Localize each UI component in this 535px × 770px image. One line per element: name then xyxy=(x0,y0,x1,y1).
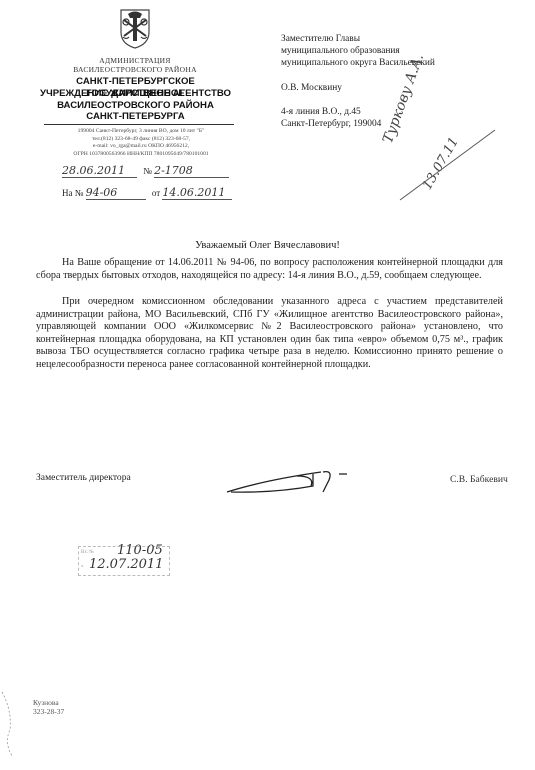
greeting: Уважаемый Олег Вячеславович! xyxy=(0,240,535,251)
reference-number: 94-06 xyxy=(86,186,146,200)
signer-name: С.В. Бабкевич xyxy=(450,474,508,485)
executor-name: Кузнова xyxy=(33,698,64,707)
registration-line-reference: На № 94-06 от 14.06.2011 xyxy=(62,186,242,200)
contact-registry: ОГРН 1037800563966 ИНН/КПП 7801095649/78… xyxy=(56,151,226,159)
contact-phone: тел.(812) 323-68-49 факс (812) 323-68-57… xyxy=(56,136,226,144)
org-name-line-2: УЧРЕЖДЕНИЕ ЖИЛИЩНОЕ АГЕНТСТВО xyxy=(28,88,243,100)
contacts-block: 199004 Санкт-Петербург, 3 линия ВО, дом … xyxy=(56,128,226,158)
reference-date: 14.06.2011 xyxy=(162,186,232,200)
outgoing-date: 28.06.2011 xyxy=(62,164,137,178)
addressee-street: 4-я линия В.О., д.45 xyxy=(281,106,435,118)
resolution-stroke-icon xyxy=(395,125,505,205)
reference-label: На № xyxy=(62,188,83,198)
paragraph-1-text: На Ваше обращение от 14.06.2011 № 94-06,… xyxy=(36,257,503,281)
coat-of-arms-icon xyxy=(113,6,157,50)
reference-date-label: от xyxy=(152,188,160,198)
incoming-stamp: Вх. № 110-05 « 12.07.2011 xyxy=(78,546,170,576)
contact-address: 199004 Санкт-Петербург, 3 линия ВО, дом … xyxy=(56,128,226,136)
letterhead-divider xyxy=(44,124,234,125)
paragraph-1: На Ваше обращение от 14.06.2011 № 94-06,… xyxy=(36,257,503,282)
paragraph-2-text: При очередном комиссионном обследовании … xyxy=(36,296,503,370)
outgoing-number: 2-1708 xyxy=(154,164,229,178)
admin-line-1: АДМИНИСТРАЦИЯ xyxy=(40,56,230,65)
admin-line-2: ВАСИЛЕОСТРОВСКОГО РАЙОНА xyxy=(40,65,230,74)
executor-phone: 323-28-37 xyxy=(33,707,64,716)
registration-line-outgoing: 28.06.2011 № 2-1708 xyxy=(62,164,242,178)
margin-mark-icon xyxy=(0,690,25,760)
stamp-label-number: Вх. № xyxy=(81,550,94,555)
number-label: № xyxy=(143,166,152,176)
org-name-line-4: САНКТ-ПЕТЕРБУРГА xyxy=(28,111,243,123)
stamp-number: 110-05 xyxy=(117,543,163,558)
paragraph-2: При очередном комиссионном обследовании … xyxy=(36,296,503,371)
stamp-date: 12.07.2011 xyxy=(89,557,163,572)
handwritten-signature-icon xyxy=(225,462,355,498)
contact-email: e-mail: vo_rga@mail.ru ОКПО 46956212, xyxy=(56,143,226,151)
stamp-label-date: « xyxy=(81,564,84,569)
signer-role: Заместитель директора xyxy=(36,472,131,483)
addressee-title-1: Заместителю Главы xyxy=(281,33,435,45)
executor-block: Кузнова 323-28-37 xyxy=(33,698,64,716)
